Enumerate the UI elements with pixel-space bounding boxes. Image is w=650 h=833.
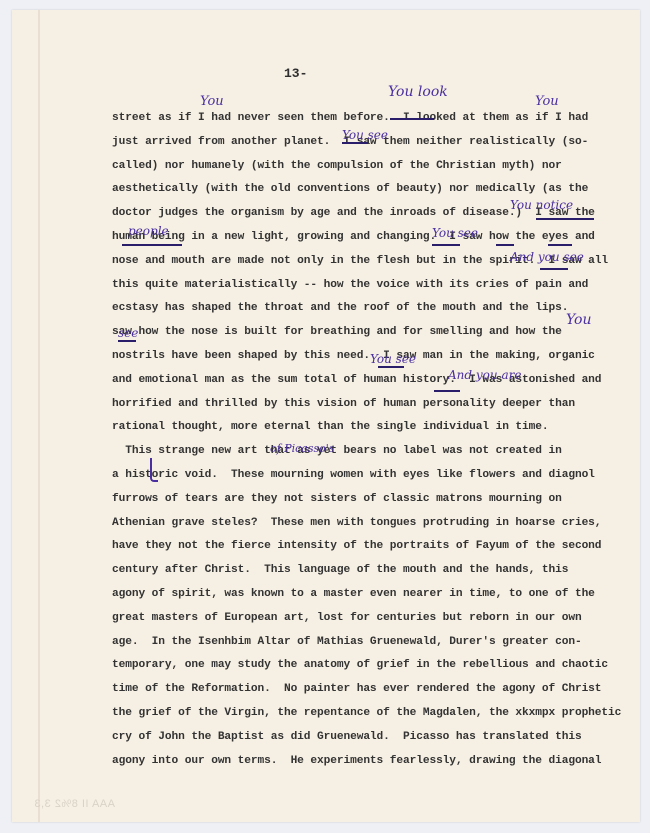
text-line: this quite materialistically -- how the … [112,279,588,291]
annotation-you: You [535,94,559,109]
text-line: a historic void. These mourning women wi… [112,469,595,481]
document-page: 13- [12,10,640,822]
annotation-you-see: You see [370,352,416,366]
strike-mark [432,244,460,246]
annotation-and-you-are: And you are [448,368,521,382]
text-line: called) nor humanely (with the compulsio… [112,160,562,172]
strike-mark [118,340,136,342]
annotation-you: You [566,312,591,328]
text-line: age. In the Isenhbim Altar of Mathias Gr… [112,636,582,648]
text-line: furrows of tears are they not sisters of… [112,493,562,505]
text-line: the grief of the Virgin, the repentance … [112,707,621,719]
annotation-and-you-see: And you see [510,250,584,264]
strike-mark [122,244,182,246]
strike-mark [548,244,572,246]
text-line: saw how the nose is built for breathing … [112,326,562,338]
strike-mark [434,390,460,392]
text-line: agony of spirit, was known to a master e… [112,588,595,600]
annotation-you-notice: You notice [510,198,573,212]
annotation-you-see: You see [342,128,388,142]
text-line: century after Christ. This language of t… [112,564,568,576]
strike-mark [342,142,368,144]
text-line: and emotional man as the sum total of hu… [112,374,601,386]
text-line: great masters of European art, lost for … [112,612,582,624]
text-line: rational thought, more eternal than the … [112,421,549,433]
strike-mark [378,366,404,368]
text-line: agony into our own terms. He experiments… [112,755,601,767]
paragraph-mark [150,458,158,482]
text-line: cry of John the Baptist as did Gruenewal… [112,731,582,743]
text-line: aesthetically (with the old conventions … [112,183,588,195]
text-line: nostrils have been shaped by this need. … [112,350,595,362]
text-line: time of the Reformation. No painter has … [112,683,601,695]
annotation-see: see [118,326,138,340]
archive-stamp: AAA II 8%2 3,3 [34,798,115,810]
page-number: 13- [284,66,307,81]
annotation-you-look: You look [388,84,448,100]
annotation-you-see: You see [432,226,478,240]
text-line: temporary, one may study the anatomy of … [112,659,608,671]
text-line: have they not the fierce intensity of th… [112,540,601,552]
text-line: ecstasy has shaped the throat and the ro… [112,302,568,314]
annotation-you: You [200,94,224,109]
strike-mark [540,268,568,270]
annotation-people: people [128,224,169,238]
annotation-of-picassos: of Picasso's [270,442,334,455]
text-line: This strange new art that as yet bears n… [112,445,562,457]
text-line: human being in a new light, growing and … [112,231,595,243]
text-line: street as if I had never seen them befor… [112,112,588,124]
strike-mark [496,244,514,246]
strike-mark [390,118,434,120]
text-line: Athenian grave steles? These men with to… [112,517,601,529]
strike-mark [536,218,594,220]
text-line: horrified and thrilled by this vision of… [112,398,575,410]
